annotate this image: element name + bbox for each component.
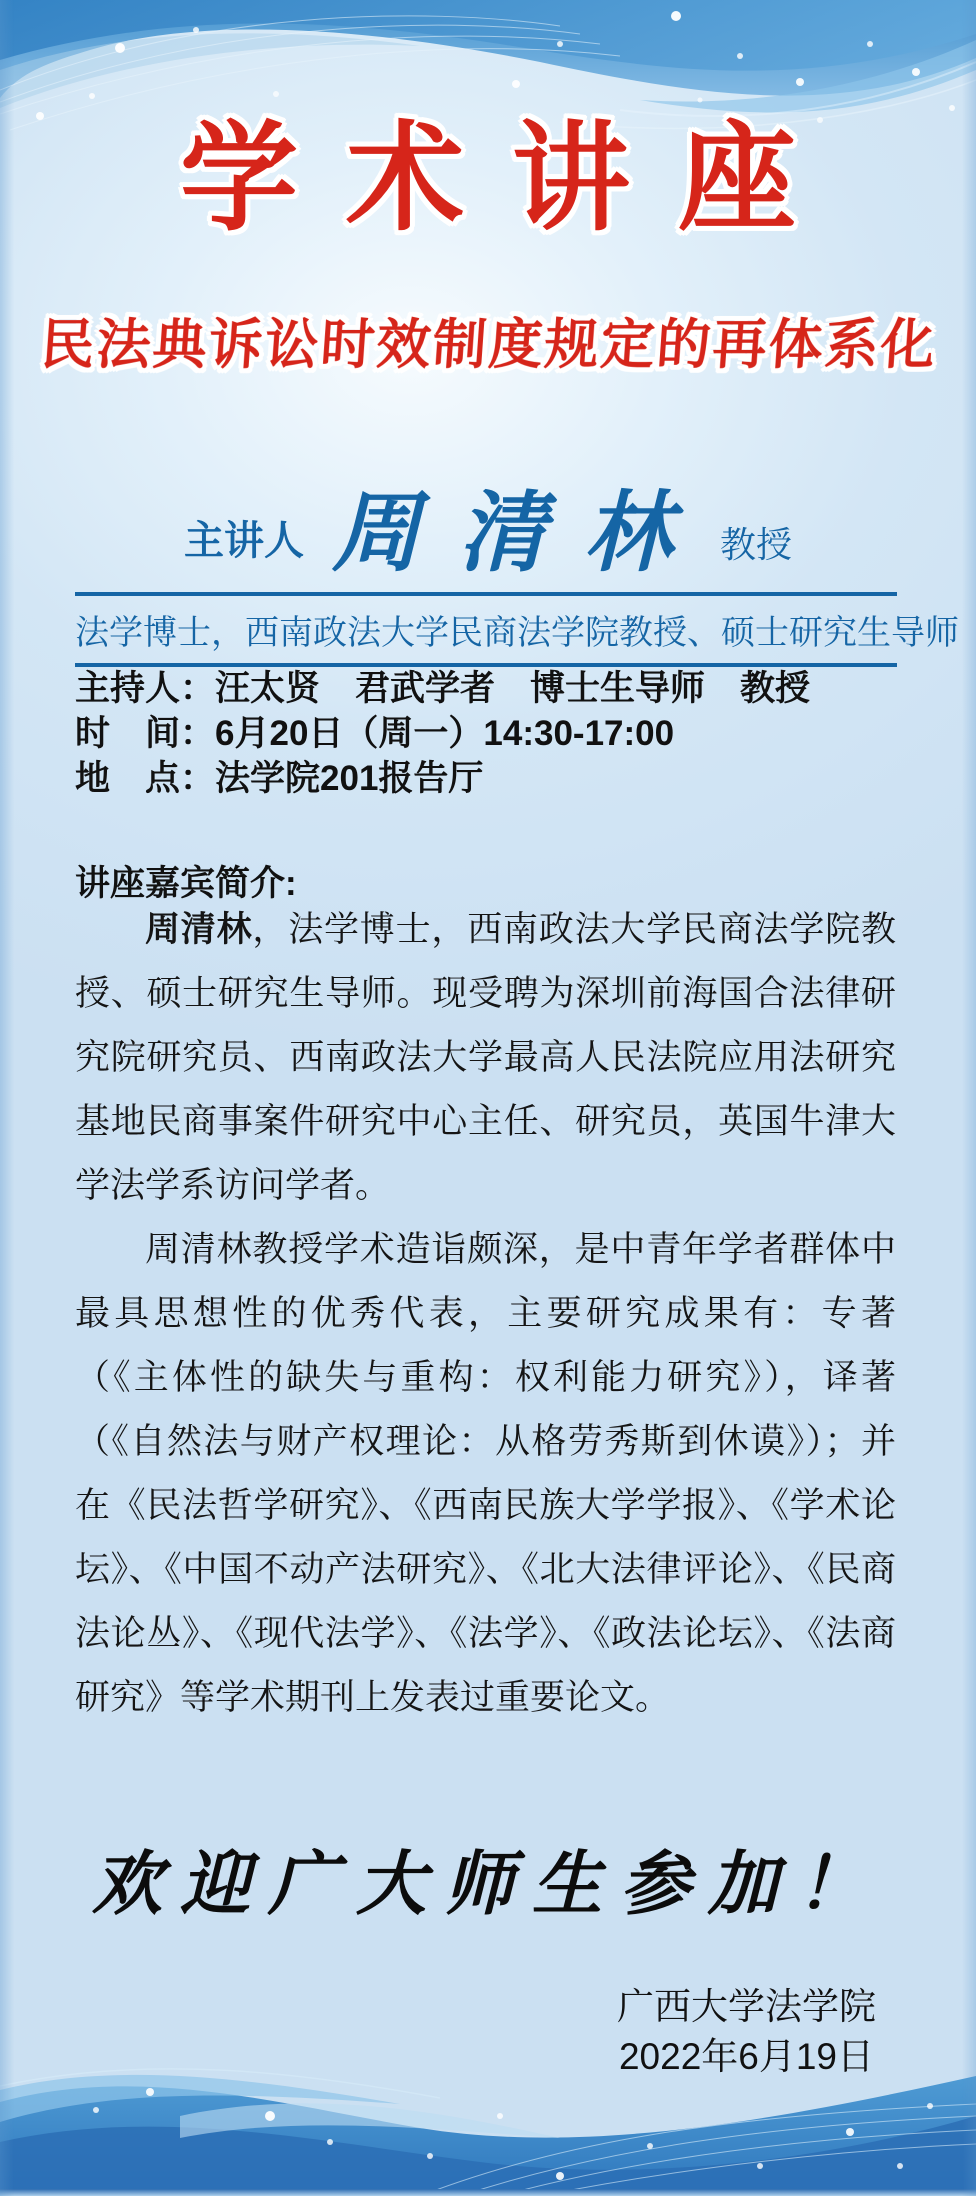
bio-paragraph-2: 周清林教授学术造诣颇深，是中青年学者群体中最具思想性的优秀代表，主要研究成果有：… bbox=[75, 1218, 896, 1730]
bio-paragraph-1-rest: ，法学博士，西南政法大学民商法学院教授、硕士研究生导师。现受聘为深圳前海国合法律… bbox=[75, 910, 896, 1205]
host-value: 汪太贤 君武学者 博士生导师 教授 bbox=[215, 669, 810, 708]
speaker-name: 周清林 bbox=[332, 488, 710, 576]
event-info-block: 主持人：汪太贤 君武学者 博士生导师 教授 时 间：6月20日（周一）14:30… bbox=[75, 666, 906, 801]
host-label: 主持人： bbox=[75, 669, 215, 708]
bio-speaker-name: 周清林 bbox=[145, 910, 252, 949]
welcome-message: 欢迎广大师生参加！ bbox=[0, 1828, 976, 1929]
bio-text: 周清林，法学博士，西南政法大学民商法学院教授、硕士研究生导师。现受聘为深圳前海国… bbox=[75, 898, 896, 1730]
poster-title: 学术讲座 bbox=[0, 112, 976, 248]
bio-paragraph-1: 周清林，法学博士，西南政法大学民商法学院教授、硕士研究生导师。现受聘为深圳前海国… bbox=[75, 898, 896, 1218]
time-label: 时 间： bbox=[75, 714, 215, 753]
time-line: 时 间：6月20日（周一）14:30-17:00 bbox=[75, 711, 906, 756]
host-line: 主持人：汪太贤 君武学者 博士生导师 教授 bbox=[75, 666, 906, 711]
speaker-credentials: 法学博士，西南政法大学民商法学院教授、硕士研究生导师 bbox=[75, 592, 897, 667]
place-value: 法学院201报告厅 bbox=[215, 759, 483, 798]
footer-signature: 广西大学法学院 2022年6月19日 bbox=[617, 1982, 876, 2082]
poster-subtitle: 民法典诉讼时效制度规定的再体系化 bbox=[0, 302, 976, 379]
organization-name: 广西大学法学院 bbox=[617, 1982, 876, 2032]
poster-date: 2022年6月19日 bbox=[617, 2032, 876, 2082]
bottom-border-strip bbox=[0, 2189, 976, 2196]
speaker-title: 教授 bbox=[720, 517, 792, 576]
place-label: 地 点： bbox=[75, 759, 215, 798]
place-line: 地 点：法学院201报告厅 bbox=[75, 756, 906, 801]
speaker-label: 主讲人 bbox=[184, 509, 304, 576]
time-value: 6月20日（周一）14:30-17:00 bbox=[215, 714, 674, 753]
speaker-row: 主讲人 周清林 教授 bbox=[0, 488, 976, 576]
lecture-poster: 学术讲座 民法典诉讼时效制度规定的再体系化 主讲人 周清林 教授 法学博士，西南… bbox=[0, 0, 976, 2196]
